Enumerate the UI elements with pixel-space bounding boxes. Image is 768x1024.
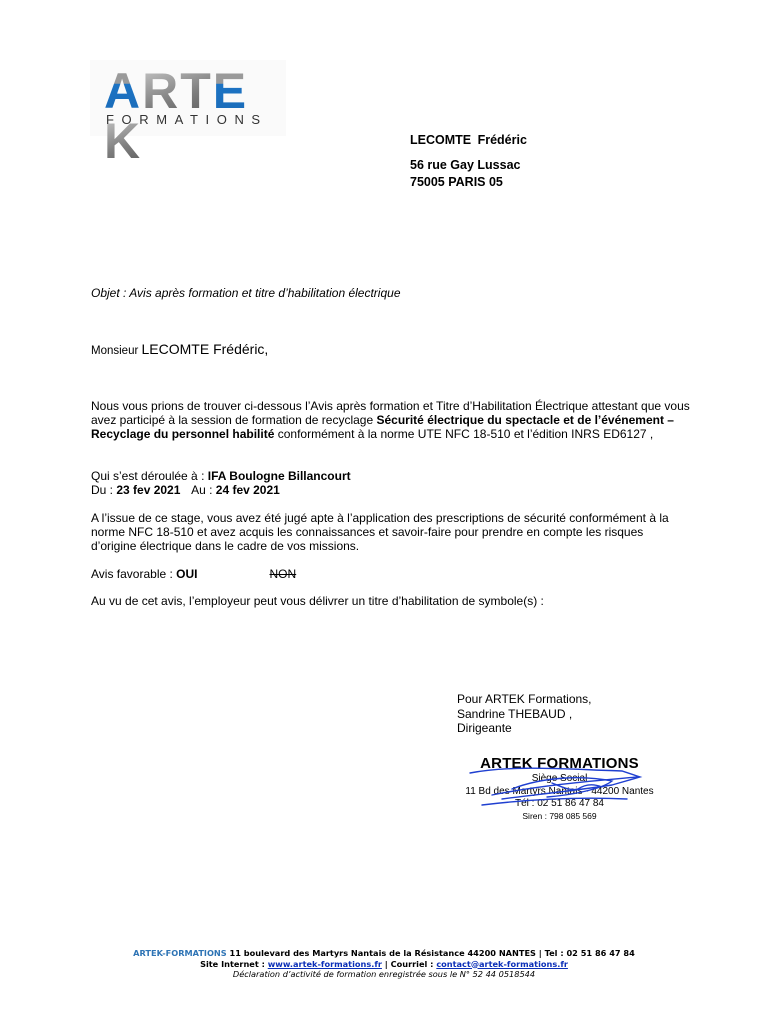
footer-brand: ARTEK-FORMATIONS — [133, 948, 227, 958]
assessment-paragraph: A l’issue de ce stage, vous avez été jug… — [91, 511, 691, 554]
opinion-label: Avis favorable : — [91, 567, 176, 581]
footer-declaration: Déclaration d’activité de formation enre… — [0, 969, 768, 980]
page-footer: ARTEK-FORMATIONS 11 boulevard des Martyr… — [0, 948, 768, 980]
letter-subject: Objet : Avis après formation et titre d’… — [91, 286, 401, 300]
opinion-no-struck: NON — [270, 567, 297, 581]
opinion-yes: OUI — [176, 567, 197, 581]
salutation-prefix: Monsieur — [91, 345, 138, 357]
signature-name: Sandrine THEBAUD , — [457, 707, 592, 722]
company-stamp: ARTEK FORMATIONS Siège Social 11 Bd des … — [452, 755, 667, 827]
intro-text-end: conformément à la norme UTE NFC 18-510 e… — [274, 427, 653, 441]
footer-address-line: ARTEK-FORMATIONS 11 boulevard des Martyr… — [0, 948, 768, 959]
recipient-street: 56 rue Gay Lussac — [410, 157, 527, 174]
footer-website-link[interactable]: www.artek-formations.fr — [268, 959, 382, 969]
recipient-name: LECOMTE Frédéric — [410, 132, 527, 149]
signature-company: Pour ARTEK Formations, — [457, 692, 592, 707]
to-label: Au : — [191, 483, 216, 497]
recipient-city: 75005 PARIS 05 — [410, 174, 527, 191]
footer-mail-label: | Courriel : — [382, 959, 436, 969]
from-date: 23 fev 2021 — [116, 483, 180, 497]
location-label: Qui s’est déroulée à : — [91, 469, 208, 483]
footer-address: 11 boulevard des Martyrs Nantais de la R… — [227, 948, 635, 958]
logo-subtitle: FORMATIONS — [106, 113, 268, 127]
intro-paragraph: Nous vous prions de trouver ci-dessous l… — [91, 399, 691, 442]
salutation: Monsieur LECOMTE Frédéric, — [91, 341, 268, 357]
footer-site-label: Site Internet : — [200, 959, 268, 969]
session-dates: Du : 23 fev 2021 Au : 24 fev 2021 — [91, 483, 691, 497]
favorable-opinion: Avis favorable : OUINON — [91, 567, 691, 581]
to-date: 24 fev 2021 — [216, 483, 280, 497]
employer-paragraph: Au vu de cet avis, l’employeur peut vous… — [91, 594, 691, 608]
signature-role: Dirigeante — [457, 721, 592, 736]
logo-letter: A — [104, 66, 142, 116]
footer-email-link[interactable]: contact@artek-formations.fr — [436, 959, 568, 969]
salutation-name: LECOMTE Frédéric, — [142, 341, 269, 357]
recipient-address: LECOMTE Frédéric 56 rue Gay Lussac 75005… — [410, 132, 527, 191]
logo-letter: E — [213, 66, 248, 116]
from-label: Du : — [91, 483, 116, 497]
location-value: IFA Boulogne Billancourt — [208, 469, 351, 483]
footer-contact-line: Site Internet : www.artek-formations.fr … — [0, 959, 768, 970]
artek-logo: ARTEK FORMATIONS — [90, 60, 286, 136]
session-details: Qui s’est déroulée à : IFA Boulogne Bill… — [91, 469, 691, 497]
session-location: Qui s’est déroulée à : IFA Boulogne Bill… — [91, 469, 691, 483]
logo-letters: RT — [142, 66, 213, 116]
signature-block: Pour ARTEK Formations, Sandrine THEBAUD … — [457, 692, 592, 736]
handwritten-signature-icon — [452, 755, 667, 827]
